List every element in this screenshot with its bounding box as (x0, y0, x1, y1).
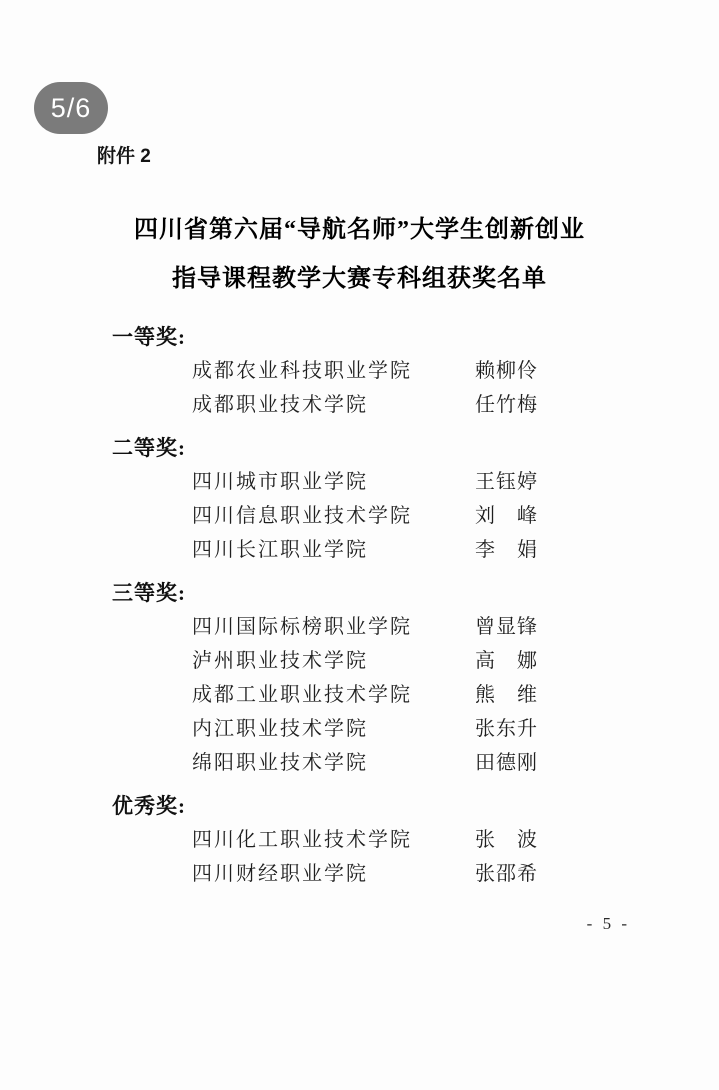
award-entry-row: 四川信息职业技术学院 刘 峰 (192, 499, 719, 533)
award-section: 二等奖: 四川城市职业学院 王钰婷 四川信息职业技术学院 刘 峰 四川长江职业学… (0, 431, 719, 567)
winner-name: 张东升 (475, 712, 538, 746)
award-section: 一等奖: 成都农业科技职业学院 赖柳伶 成都职业技术学院 任竹梅 (0, 320, 719, 422)
award-tier-heading: 一等奖: (112, 320, 719, 354)
winner-name: 张 波 (475, 823, 538, 857)
page-number: - 5 - (587, 914, 630, 934)
winner-name: 王钰婷 (475, 465, 538, 499)
award-tier-heading: 二等奖: (112, 431, 719, 465)
document-title: 四川省第六届“导航名师”大学生创新创业 指导课程教学大赛专科组获奖名单 (0, 206, 719, 304)
school-name: 四川长江职业学院 (192, 533, 475, 567)
school-name: 泸州职业技术学院 (192, 644, 475, 678)
award-entry-row: 四川财经职业学院 张邵希 (192, 857, 719, 891)
page-indicator-badge: 5/6 (34, 82, 108, 134)
award-entry-row: 成都职业技术学院 任竹梅 (192, 388, 719, 422)
school-name: 成都职业技术学院 (192, 388, 475, 422)
winner-name: 刘 峰 (475, 499, 538, 533)
award-entry-row: 成都工业职业技术学院 熊 维 (192, 678, 719, 712)
award-sections: 一等奖: 成都农业科技职业学院 赖柳伶 成都职业技术学院 任竹梅 二等奖: 四川… (0, 320, 719, 900)
attachment-label: 附件 2 (97, 141, 151, 168)
document-title-line1: 四川省第六届“导航名师”大学生创新创业 (0, 206, 719, 255)
award-section: 优秀奖: 四川化工职业技术学院 张 波 四川财经职业学院 张邵希 (0, 789, 719, 891)
award-entry-row: 四川城市职业学院 王钰婷 (192, 465, 719, 499)
school-name: 绵阳职业技术学院 (192, 746, 475, 780)
winner-name: 曾显锋 (475, 610, 538, 644)
award-entry-row: 四川长江职业学院 李 娟 (192, 533, 719, 567)
award-entry-row: 内江职业技术学院 张东升 (192, 712, 719, 746)
winner-name: 田德刚 (475, 746, 538, 780)
school-name: 四川国际标榜职业学院 (192, 610, 475, 644)
school-name: 内江职业技术学院 (192, 712, 475, 746)
award-entry-row: 泸州职业技术学院 高 娜 (192, 644, 719, 678)
award-tier-heading: 优秀奖: (112, 789, 719, 823)
school-name: 四川化工职业技术学院 (192, 823, 475, 857)
school-name: 成都农业科技职业学院 (192, 354, 475, 388)
award-entry-row: 绵阳职业技术学院 田德刚 (192, 746, 719, 780)
winner-name: 赖柳伶 (475, 354, 538, 388)
award-tier-heading: 三等奖: (112, 576, 719, 610)
award-entry-row: 四川化工职业技术学院 张 波 (192, 823, 719, 857)
award-entry-row: 成都农业科技职业学院 赖柳伶 (192, 354, 719, 388)
document-title-line2: 指导课程教学大赛专科组获奖名单 (0, 255, 719, 304)
school-name: 四川城市职业学院 (192, 465, 475, 499)
school-name: 四川财经职业学院 (192, 857, 475, 891)
school-name: 成都工业职业技术学院 (192, 678, 475, 712)
image-viewer: 5/6 附件 2 四川省第六届“导航名师”大学生创新创业 指导课程教学大赛专科组… (0, 0, 719, 1090)
winner-name: 李 娟 (475, 533, 538, 567)
school-name: 四川信息职业技术学院 (192, 499, 475, 533)
winner-name: 熊 维 (475, 678, 538, 712)
winner-name: 高 娜 (475, 644, 538, 678)
winner-name: 任竹梅 (475, 388, 538, 422)
winner-name: 张邵希 (475, 857, 538, 891)
award-entry-row: 四川国际标榜职业学院 曾显锋 (192, 610, 719, 644)
award-section: 三等奖: 四川国际标榜职业学院 曾显锋 泸州职业技术学院 高 娜 成都工业职业技… (0, 576, 719, 780)
